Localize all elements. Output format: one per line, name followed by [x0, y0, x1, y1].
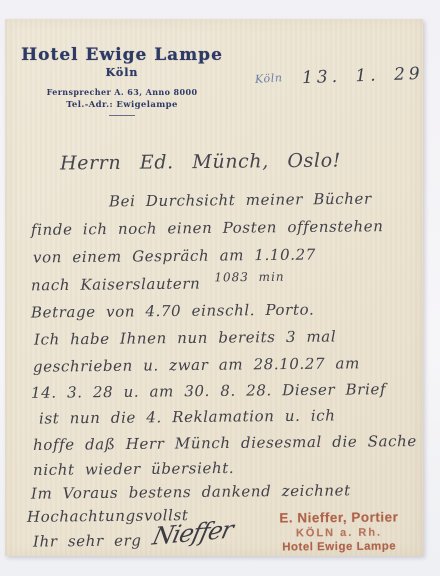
minutes-superscript: 1083 min	[214, 270, 284, 285]
body-line: Ich habe Ihnen nun bereits 3 mal	[34, 327, 336, 348]
letterhead-telegraph-line: Tel.-Adr.: Ewigelampe	[17, 100, 227, 110]
portier-ink-stamp: E. Nieffer, Portier KÖLN a. Rh. Hotel Ew…	[255, 509, 423, 553]
letter-paper: Hotel Ewige Lampe Köln Fernsprecher A. 6…	[5, 19, 423, 556]
body-line: finde ich noch einen Posten offenstehen	[31, 217, 384, 239]
body-line: hoffe daß Herr Münch diesesmal die Sache	[33, 432, 417, 454]
letterhead: Hotel Ewige Lampe Köln Fernsprecher A. 6…	[17, 45, 227, 116]
signature: Nieffer	[150, 515, 236, 551]
dateline-place: Köln	[255, 71, 283, 86]
body-line: ist nun die 4. Reklamation u. ich	[39, 406, 336, 427]
salutation: Herrn Ed. Münch, Oslo!	[60, 150, 341, 175]
body-line: Im Voraus bestens dankend zeichnet	[31, 481, 351, 502]
letterhead-phone-line: Fernsprecher A. 63, Anno 8000	[17, 87, 227, 97]
body-line: geschrieben u. zwar am 28.10.27 am	[33, 354, 360, 375]
signoff: Ihr sehr erg	[33, 531, 142, 550]
letterhead-rule	[109, 115, 135, 116]
scanned-letter-photo: Hotel Ewige Lampe Köln Fernsprecher A. 6…	[0, 0, 440, 576]
body-line: Bei Durchsicht meiner Bücher	[109, 190, 372, 211]
hotel-name: Hotel Ewige Lampe	[17, 45, 227, 65]
stamp-hotel-line: Hotel Ewige Lampe	[255, 540, 423, 553]
body-line: nach Kaiserslautern1083 min	[31, 274, 285, 295]
body-line: Betrage von 4.70 einschl. Porto.	[31, 301, 314, 322]
stamp-name-line: E. Nieffer, Portier	[255, 509, 423, 525]
body-line: von einem Gespräch am 1.10.27	[33, 246, 316, 267]
body-line: 14. 3. 28 u. am 30. 8. 28. Dieser Brief	[31, 380, 386, 402]
dateline-date: 13. 1. 29	[302, 64, 424, 88]
body-line-text: nach Kaiserslautern	[31, 275, 201, 295]
stamp-city-line: KÖLN a. Rh.	[255, 526, 423, 539]
body-line: nicht wieder übersieht.	[33, 459, 234, 479]
letterhead-city: Köln	[17, 66, 227, 79]
